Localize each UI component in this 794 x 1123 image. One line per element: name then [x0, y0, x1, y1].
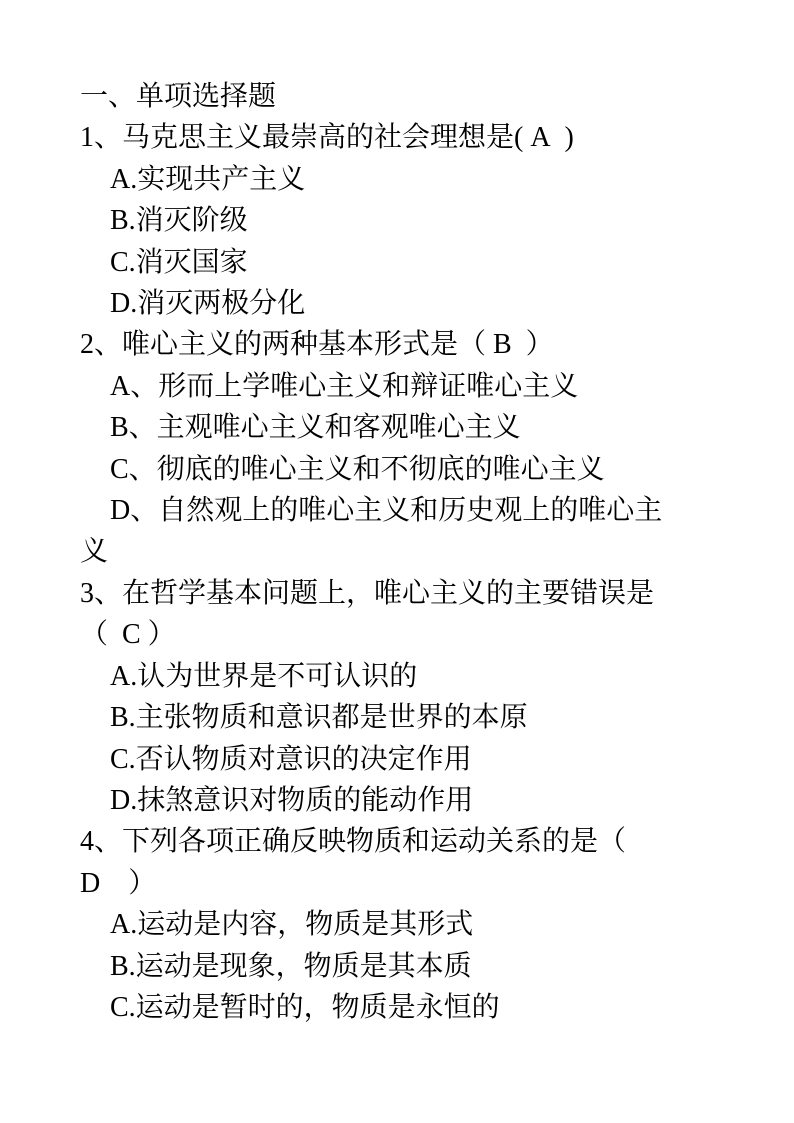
- option-line: D.消灭两极分化: [80, 283, 724, 324]
- questions-container: 1、马克思主义最崇高的社会理想是( A )A.实现共产主义B.消灭阶级C.消灭国…: [80, 117, 724, 1028]
- option-line: A.运动是内容，物质是其形式: [80, 904, 724, 945]
- option-line: B.消灭阶级: [80, 200, 724, 241]
- question-line: 1、马克思主义最崇高的社会理想是( A ): [80, 117, 724, 158]
- document-page: 一、单项选择题 1、马克思主义最崇高的社会理想是( A )A.实现共产主义B.消…: [0, 0, 794, 1123]
- option-line: B、主观唯心主义和客观唯心主义: [80, 407, 724, 448]
- option-line: B.主张物质和意识都是世界的本原: [80, 697, 724, 738]
- question-line: D ）: [80, 863, 724, 904]
- option-line: D.抹煞意识对物质的能动作用: [80, 780, 724, 821]
- option-line: A.实现共产主义: [80, 159, 724, 200]
- question-line: 4、下列各项正确反映物质和运动关系的是（: [80, 821, 724, 862]
- question-line: 3、在哲学基本问题上，唯心主义的主要错误是: [80, 573, 724, 614]
- question-line: 2、唯心主义的两种基本形式是（ B ）: [80, 324, 724, 365]
- question-line: 义: [80, 531, 724, 572]
- option-line: A.认为世界是不可认识的: [80, 656, 724, 697]
- option-line: C.运动是暂时的，物质是永恒的: [80, 987, 724, 1028]
- option-line: A、形而上学唯心主义和辩证唯心主义: [80, 366, 724, 407]
- option-line: B.运动是现象，物质是其本质: [80, 946, 724, 987]
- section-heading: 一、单项选择题: [80, 76, 724, 117]
- option-line: D、自然观上的唯心主义和历史观上的唯心主: [80, 490, 724, 531]
- question-line: （ C ）: [80, 614, 724, 655]
- option-line: C、彻底的唯心主义和不彻底的唯心主义: [80, 449, 724, 490]
- option-line: C.否认物质对意识的决定作用: [80, 739, 724, 780]
- option-line: C.消灭国家: [80, 242, 724, 283]
